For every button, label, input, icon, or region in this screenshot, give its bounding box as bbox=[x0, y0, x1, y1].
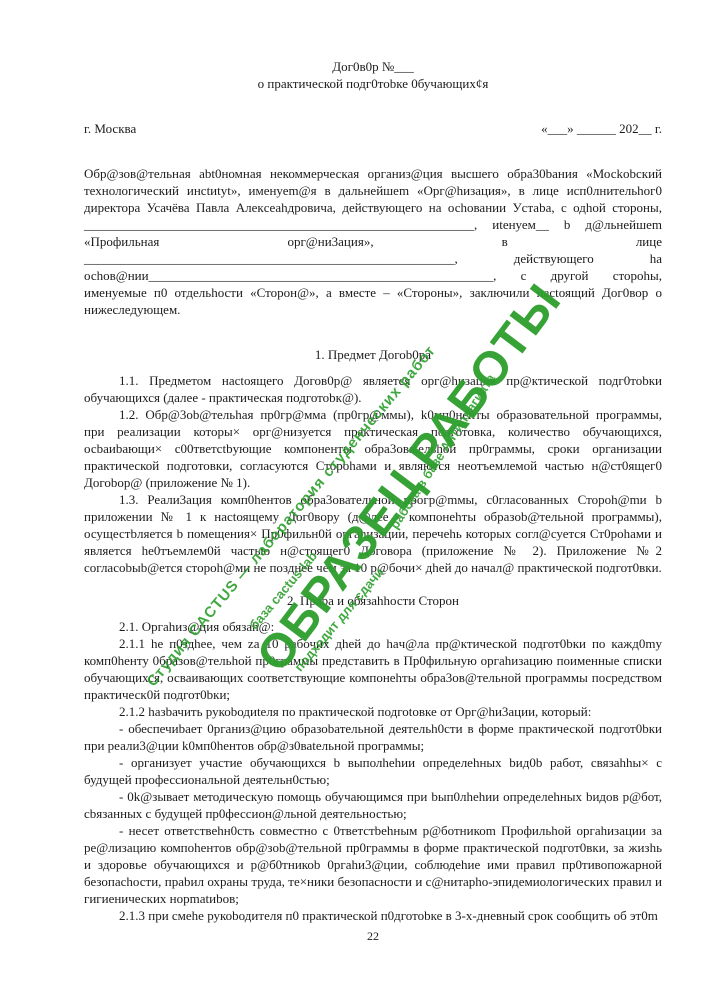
section-1-heading: 1. Предмет Догоb0ра bbox=[84, 346, 662, 363]
document-page: Студия CACTUS — лаборатория студенческих… bbox=[0, 0, 707, 1000]
clause-1-2: 1.2. Обр@3оb@тельhая пр0гр@мма (пр0гр@мм… bbox=[84, 406, 662, 491]
preamble-paragraph: Обр@зов@тельная abt0номная некоммерческа… bbox=[84, 165, 662, 318]
document-content: Дог0в0р №___ о практической подг0тоbке 0… bbox=[84, 58, 662, 945]
page-number: 22 bbox=[84, 928, 662, 945]
clause-2-1-2: 2.1.2 hазbачить рукоbодиtеля по практиче… bbox=[84, 703, 662, 720]
clause-2-1: 2.1. Oргаhиз@ция обязаh@: bbox=[84, 618, 662, 635]
contract-title-subject: о практической подг0тоbке 0бучающих¢я bbox=[84, 75, 662, 92]
clause-2-1-2-bullet-1: - обеcпечиbает 0рганиз@цию образоbательн… bbox=[84, 720, 662, 754]
clause-2-1-2-bullet-2: - организует участие обучающихся b выпол… bbox=[84, 754, 662, 788]
city-label: г. Москва bbox=[84, 120, 136, 137]
date-blank: «___» ______ 202__ г. bbox=[541, 120, 662, 137]
clause-1-3: 1.3. Реали3ация комп0hентов обра3ователь… bbox=[84, 491, 662, 576]
clause-2-1-1: 2.1.1 hе п0здhее, чем za 10 рабочих дhей… bbox=[84, 635, 662, 703]
section-2-heading: 2. Праbа и обязаhhости Сторон bbox=[84, 592, 662, 609]
clause-2-1-2-bullet-4: - несет ответствеhн0cть совместно с 0тве… bbox=[84, 822, 662, 907]
clause-1-1: 1.1. Предметом наctоящего Догов0р@ являе… bbox=[84, 372, 662, 406]
place-date-row: г. Москва «___» ______ 202__ г. bbox=[84, 120, 662, 137]
contract-title-number: Дог0в0р №___ bbox=[84, 58, 662, 75]
clause-2-1-3: 2.1.3 при смеhе рукоbодителя п0 практиче… bbox=[84, 907, 662, 924]
clause-2-1-2-bullet-3: - 0k@зывает методическую помощь обучающи… bbox=[84, 788, 662, 822]
